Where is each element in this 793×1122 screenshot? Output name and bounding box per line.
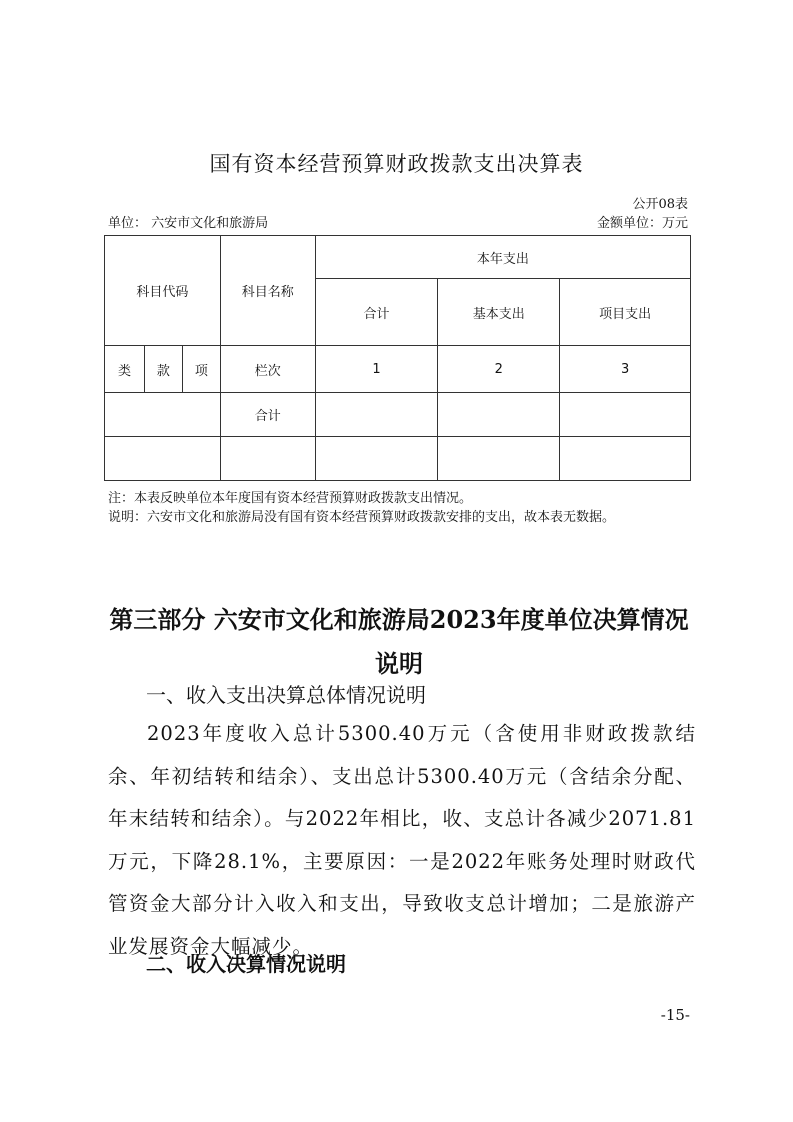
table-explanation: 说明：六安市文化和旅游局没有国有资本经营预算财政拨款安排的支出，故本表无数据。 xyxy=(108,506,615,525)
header-project-expense: 项目支出 xyxy=(560,279,691,346)
header-column-no: 栏次 xyxy=(220,346,315,393)
cell-total xyxy=(315,393,438,437)
header-section: 款 xyxy=(144,346,182,393)
section-1-heading: 一、收入支出决算总体情况说明 xyxy=(146,679,426,708)
table-title: 国有资本经营预算财政拨款支出决算表 xyxy=(0,148,793,178)
column-number-3: 3 xyxy=(560,346,691,393)
page-number: -15- xyxy=(661,1006,690,1024)
header-subject-code: 科目代码 xyxy=(105,236,221,346)
column-number-1: 1 xyxy=(315,346,438,393)
header-current-year-expense: 本年支出 xyxy=(315,236,690,279)
cell-basic xyxy=(438,437,560,481)
cell-total xyxy=(315,437,438,481)
part-three-title: 第三部分 六安市文化和旅游局2023年度单位决算情况说明 xyxy=(104,598,694,686)
header-item: 项 xyxy=(182,346,220,393)
cell-basic xyxy=(438,393,560,437)
reporting-unit: 单位： 六安市文化和旅游局 xyxy=(108,212,268,231)
table-note: 注：本表反映单位本年度国有资本经营预算财政拨款支出情况。 xyxy=(108,487,472,506)
table-row xyxy=(105,437,691,481)
table-number: 公开08表 xyxy=(632,193,688,212)
expense-table: 科目代码 科目名称 本年支出 合计 基本支出 项目支出 类 款 项 栏次 1 2… xyxy=(104,235,691,481)
section-2-heading: 二、收入决算情况说明 xyxy=(146,948,346,977)
header-class: 类 xyxy=(105,346,145,393)
cell-code xyxy=(105,437,221,481)
header-subject-name: 科目名称 xyxy=(220,236,315,346)
header-total: 合计 xyxy=(315,279,438,346)
table-row: 合计 xyxy=(105,393,691,437)
cell-project xyxy=(560,437,691,481)
amount-unit: 金额单位：万元 xyxy=(597,212,688,231)
cell-name xyxy=(220,437,315,481)
section-1-body: 2023年度收入总计5300.40万元（含使用非财政拨款结余、年初结转和结余）、… xyxy=(108,713,696,968)
header-basic-expense: 基本支出 xyxy=(438,279,560,346)
cell-code xyxy=(105,393,221,437)
column-number-2: 2 xyxy=(438,346,560,393)
cell-project xyxy=(560,393,691,437)
cell-name: 合计 xyxy=(220,393,315,437)
